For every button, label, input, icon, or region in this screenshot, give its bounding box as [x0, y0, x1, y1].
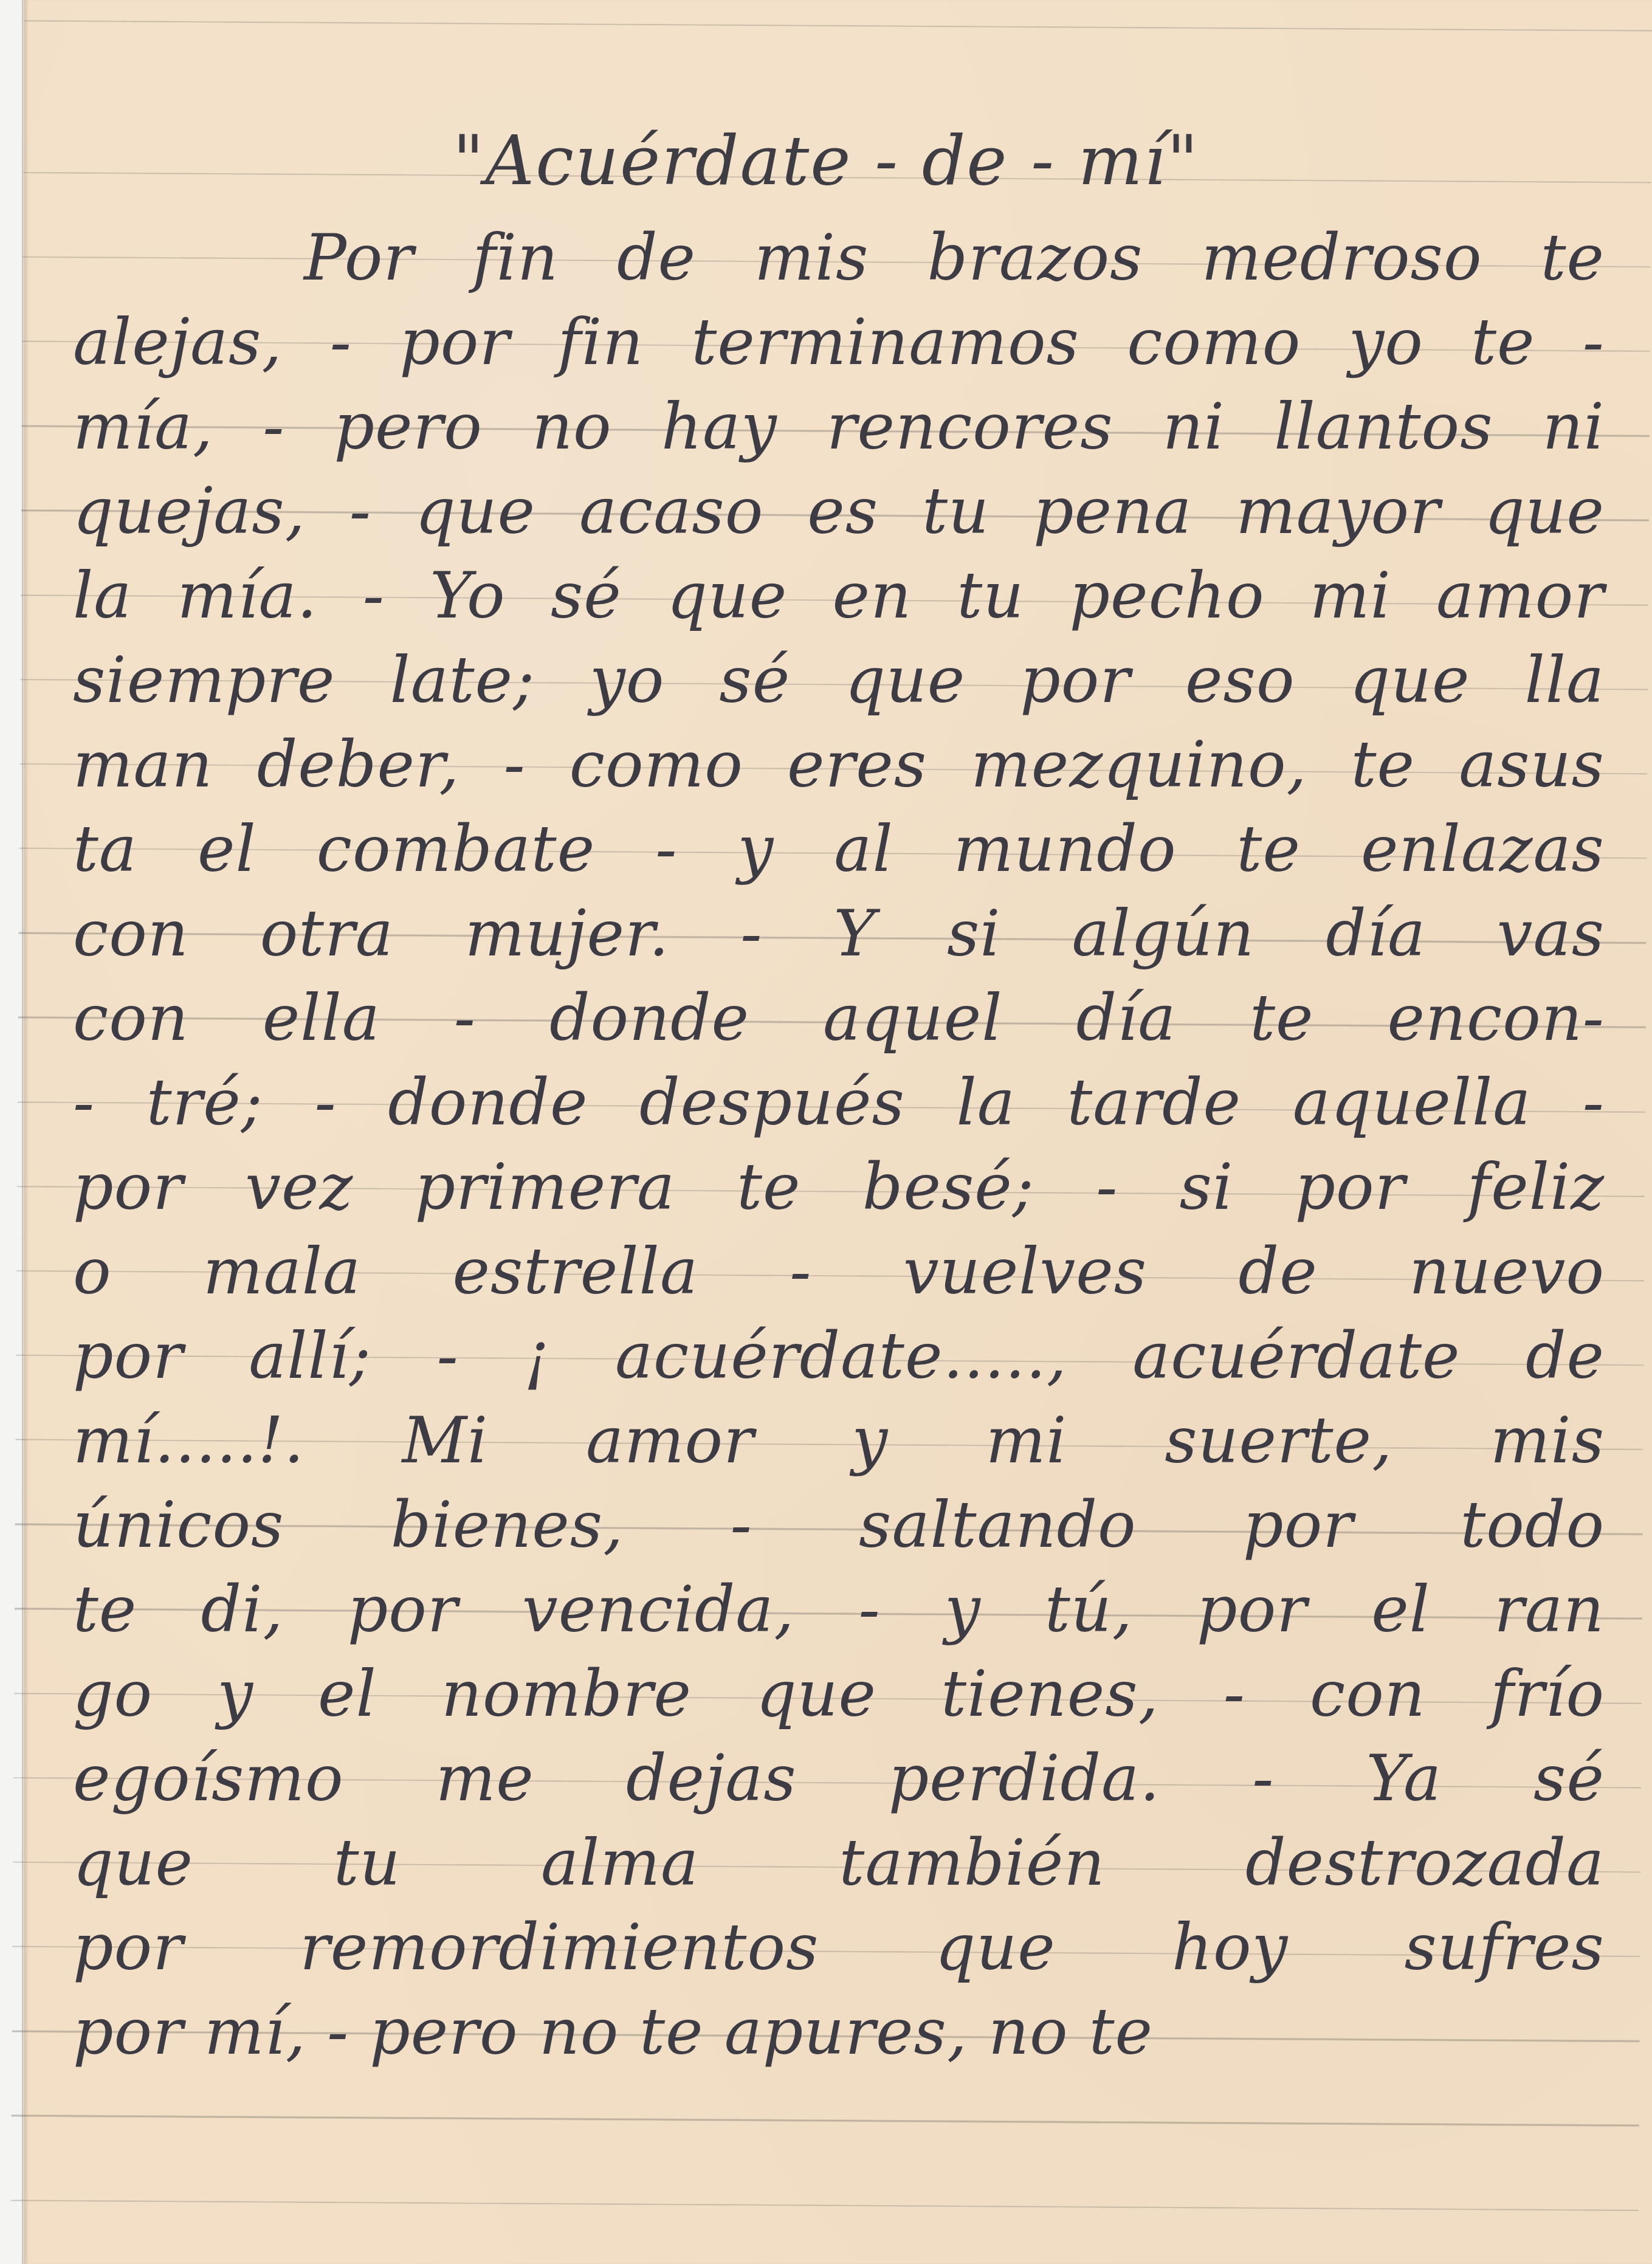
- text-line: únicos bienes, - saltando por todo: [73, 1483, 1605, 1567]
- text-line: la mía. - Yo sé que en tu pecho mi amor: [73, 554, 1605, 638]
- text-line: siempre late; yo sé que por eso que lla: [73, 638, 1605, 723]
- text-line: man deber, - como eres mezquino, te asus: [73, 723, 1605, 807]
- text-line: que tu alma también destrozada: [73, 1821, 1605, 1905]
- text-line: con otra mujer. - Y si algún día vas: [73, 892, 1605, 976]
- text-line: ta el combate - y al mundo te enlazas: [73, 807, 1605, 892]
- text-line: por remordimientos que hoy sufres: [73, 1905, 1605, 1990]
- text-line: quejas, - que acaso es tu pena mayor que: [73, 469, 1605, 554]
- text-line: por allí; - ¡ acuérdate....., acuérdate …: [73, 1314, 1605, 1399]
- letter-body: Por fin de mis brazos medroso te alejas,…: [73, 216, 1605, 2074]
- text-line: mí.....!. Mi amor y mi suerte, mis: [73, 1399, 1605, 1483]
- text-line: con ella - donde aquel día te encon-: [73, 976, 1605, 1061]
- text-line: Por fin de mis brazos medroso te: [73, 216, 1605, 300]
- letter-title: "Acuérdate - de - mí": [0, 122, 1652, 201]
- text-line: mía, - pero no hay rencores ni llantos n…: [73, 385, 1605, 469]
- text-line: - tré; - donde después la tarde aquella …: [73, 1061, 1605, 1145]
- text-line: alejas, - por fin terminamos como yo te …: [73, 300, 1605, 385]
- text-line: go y el nombre que tienes, - con frío: [73, 1652, 1605, 1736]
- text-line: o mala estrella - vuelves de nuevo: [73, 1230, 1605, 1314]
- text-line: por vez primera te besé; - si por feliz: [73, 1145, 1605, 1230]
- text-line: por mí, - pero no te apures, no te: [73, 1990, 1605, 2074]
- text-line: te di, por vencida, - y tú, por el ran: [73, 1567, 1605, 1652]
- text-line: egoísmo me dejas perdida. - Ya sé: [73, 1736, 1605, 1821]
